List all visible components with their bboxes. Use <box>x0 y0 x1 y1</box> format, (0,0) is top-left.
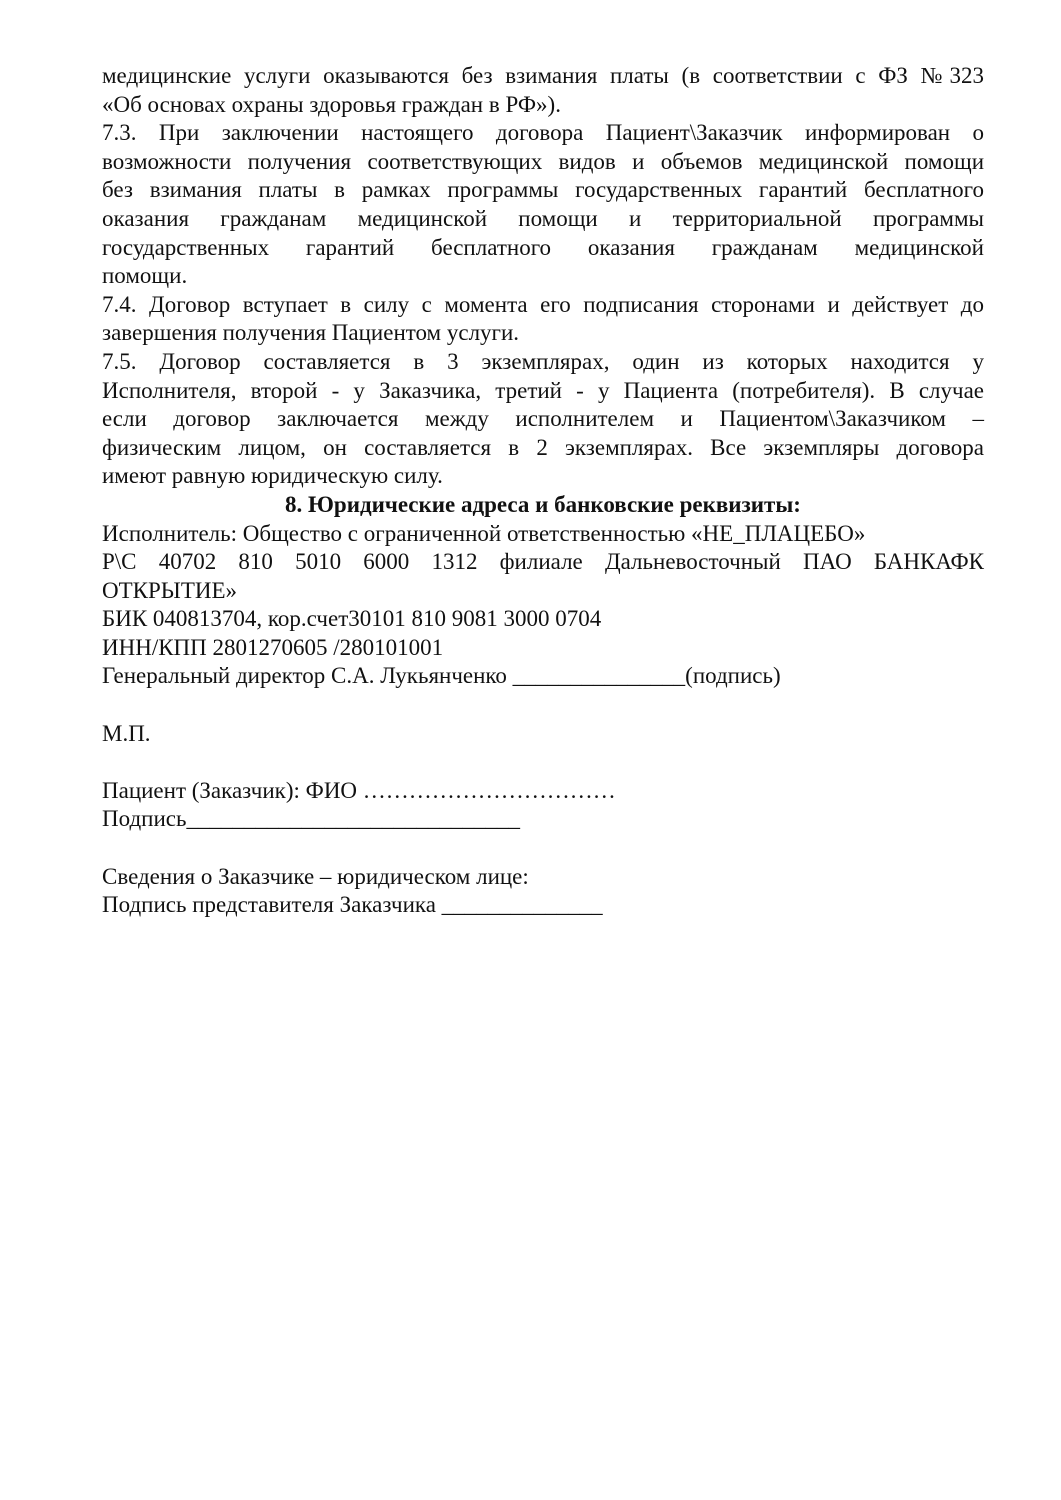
text-line: помощи. <box>102 262 984 291</box>
text-line: оказания гражданам медицинской помощи и … <box>102 205 984 234</box>
spacer <box>102 748 984 777</box>
legal-entity-signature-line: Подпись представителя Заказчика ________… <box>102 891 984 920</box>
bik-line: БИК 040813704, кор.счет30101 810 9081 30… <box>102 605 984 634</box>
text-line: медицинские услуги оказываются без взима… <box>102 62 984 91</box>
clause-7-5: 7.5. Договор составляется в 3 экземпляра… <box>102 348 984 377</box>
account-line: Р\С 40702 810 5010 6000 1312 филиале Дал… <box>102 548 984 577</box>
patient-fio-line: Пациент (Заказчик): ФИО …………………………… <box>102 777 984 806</box>
text-line: «Об основах охраны здоровья граждан в РФ… <box>102 91 984 120</box>
spacer <box>102 691 984 720</box>
text-line: возможности получения соответствующих ви… <box>102 148 984 177</box>
account-line-cont: ОТКРЫТИЕ» <box>102 577 984 606</box>
section-8-heading: 8. Юридические адреса и банковские рекви… <box>102 491 984 520</box>
executor-line: Исполнитель: Общество с ограниченной отв… <box>102 520 984 549</box>
document-page: медицинские услуги оказываются без взима… <box>102 62 984 920</box>
patient-signature-line: Подпись_____________________________ <box>102 805 984 834</box>
text-line: без взимания платы в рамках программы го… <box>102 176 984 205</box>
text-line: если договор заключается между исполните… <box>102 405 984 434</box>
spacer <box>102 834 984 863</box>
text-line: физическим лицом, он составляется в 2 эк… <box>102 434 984 463</box>
text-line: завершения получения Пациентом услуги. <box>102 319 984 348</box>
text-line: Исполнителя, второй - у Заказчика, трети… <box>102 377 984 406</box>
director-signature-line: Генеральный директор С.А. Лукьянченко __… <box>102 662 984 691</box>
stamp-label: М.П. <box>102 720 984 749</box>
clause-7-4: 7.4. Договор вступает в силу с момента е… <box>102 291 984 320</box>
inn-kpp-line: ИНН/КПП 2801270605 /280101001 <box>102 634 984 663</box>
text-line: имеют равную юридическую силу. <box>102 462 984 491</box>
legal-entity-title: Сведения о Заказчике – юридическом лице: <box>102 863 984 892</box>
text-line: государственных гарантий бесплатного ока… <box>102 234 984 263</box>
clause-7-3: 7.3. При заключении настоящего договора … <box>102 119 984 148</box>
